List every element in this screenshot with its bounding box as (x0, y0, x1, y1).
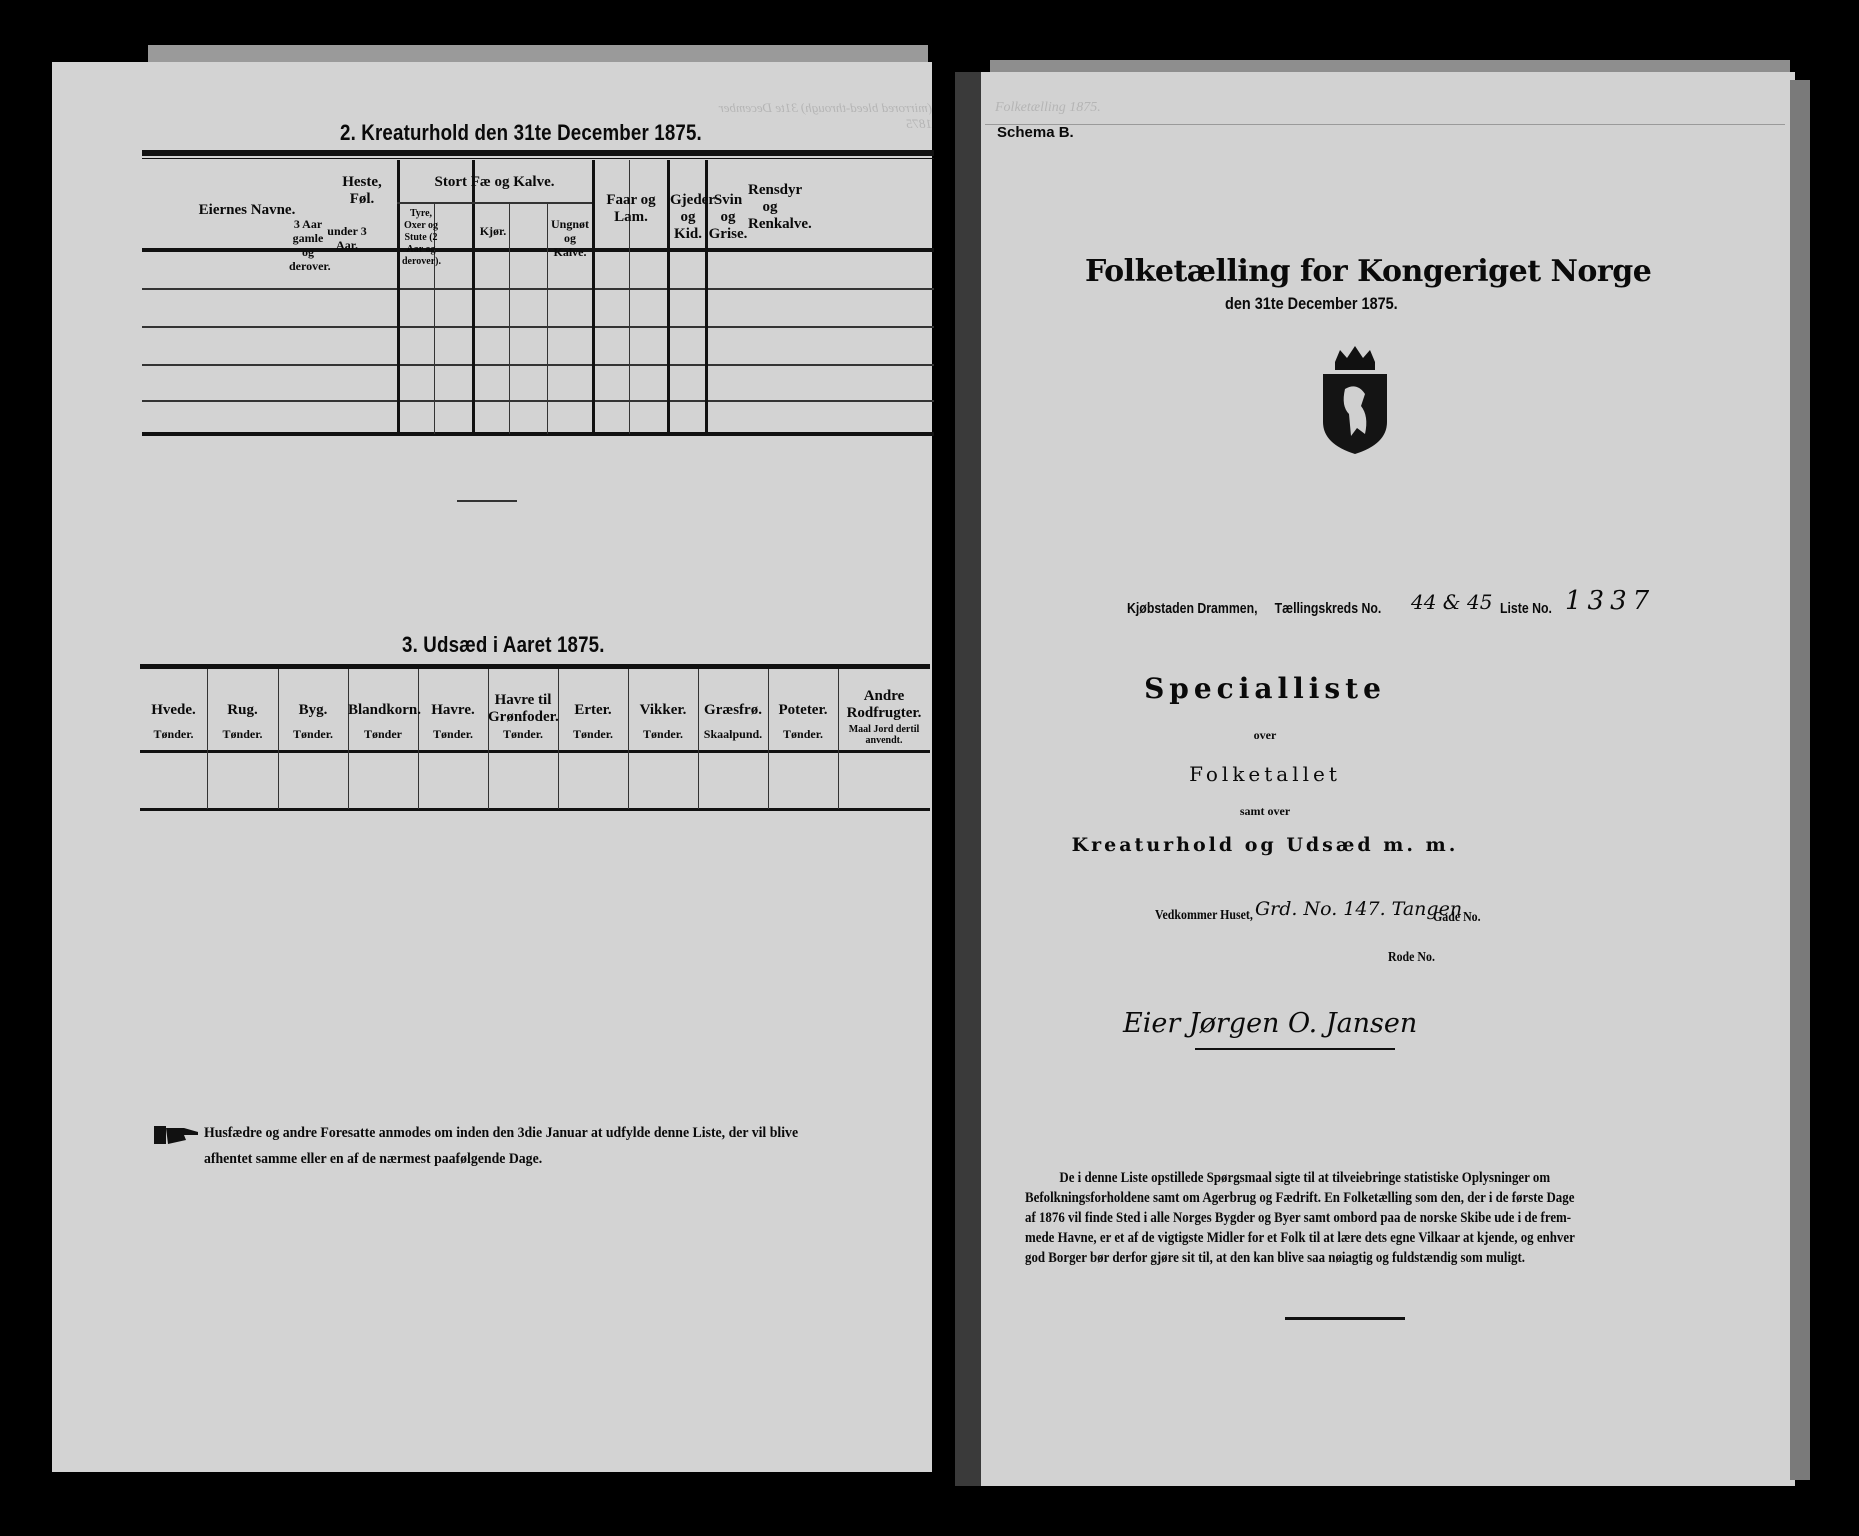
street-label: Gade No. (1433, 910, 1481, 926)
group-rule (397, 202, 592, 204)
unit-mixed-grain: Tønder (348, 727, 418, 742)
unit-green-fodder-oats: Tønder. (488, 727, 558, 742)
left-page: (mirrored bleed-through) 31te December 1… (52, 62, 932, 1472)
unit-barley: Tønder. (278, 727, 348, 742)
paragraph-line: De i denne Liste opstillede Spørgsmaal s… (1025, 1168, 1730, 1188)
notice-line-1: Husfædre og andre Foresatte anmodes om i… (204, 1120, 866, 1146)
district-number: 44 & 45 (1411, 590, 1492, 614)
right-page-binding (955, 72, 981, 1486)
col-header-goats: Gjeder og Kid. (670, 192, 706, 243)
col-header-vetch: Vikker. (628, 702, 698, 719)
unit-oats: Tønder. (418, 727, 488, 742)
pointing-hand-icon (154, 1122, 200, 1148)
row-rule (142, 326, 934, 328)
col-header-mixed-grain: Blandkorn. (348, 702, 418, 719)
col-header-green-fodder-oats: Havre til Grønfoder. (488, 692, 558, 726)
col-header-sheep: Faar og Lam. (595, 192, 667, 226)
col-header-potatoes: Poteter. (768, 702, 838, 719)
table-top-rule (140, 664, 930, 669)
section2-title: 2. Kreaturhold den 31te December 1875. (340, 120, 702, 146)
main-title: Folketælling for Kongeriget Norge (1085, 254, 1651, 289)
col-header-pigs: Svin og Grise. (708, 192, 748, 243)
info-paragraph: De i denne Liste opstillede Spørgsmaal s… (1025, 1168, 1730, 1268)
unit-rye: Tønder. (207, 727, 278, 742)
col-header-barley: Byg. (278, 702, 348, 719)
faint-rule (985, 124, 1785, 125)
signature-underline (1195, 1048, 1395, 1050)
table-bottom-rule (140, 808, 930, 811)
list-label: Liste No. (1500, 600, 1552, 617)
district-label: Tællingskreds No. (1275, 600, 1382, 617)
col-header-peas: Erter. (558, 702, 628, 719)
heading-specialliste: Specialliste (955, 672, 1575, 705)
norwegian-coat-of-arms-icon (1315, 344, 1395, 456)
col-header-wheat: Hvede. (140, 702, 207, 719)
col-header-cattle-group: Stort Fæ og Kalve. (402, 174, 587, 191)
house-handwritten-value: Grd. No. 147. Tangen (1255, 898, 1462, 920)
closing-rule (1285, 1317, 1405, 1320)
header-bottom-rule (140, 750, 930, 753)
bleed-through-text: (mirrored bleed-through) 31te December 1… (692, 100, 932, 132)
table-top-rule-thin (142, 158, 934, 159)
col-header-cattle-cows: Kjør. (477, 224, 509, 238)
col-header-cattle-bulls: Tyre, Oxer og Stute (2 Aar og derover). (402, 208, 440, 268)
col-header-cattle-young: Ungnøt og Kalve. (549, 217, 591, 259)
row-rule (142, 288, 934, 290)
right-page: Folketælling 1875. Schema B. Folketællin… (955, 72, 1795, 1486)
paragraph-line: Befolkningsforholdene samt om Agerbrug o… (1025, 1188, 1730, 1208)
col-divider (509, 202, 510, 434)
heading-kreaturhold: Kreaturhold og Udsæd m. m. (955, 834, 1575, 856)
text-over: over (955, 728, 1575, 743)
col-header-horses-old: 3 Aar gamle og derover. (289, 217, 327, 273)
bleed-through-text: Folketælling 1875. (995, 100, 1101, 116)
unit-vetch: Tønder. (628, 727, 698, 742)
schema-label: Schema B. (997, 124, 1074, 141)
census-date: den 31te December 1875. (1225, 294, 1398, 314)
col-header-grass-seed: Græsfrø. (698, 702, 768, 719)
town-label: Kjøbstaden Drammen, (1127, 600, 1258, 617)
unit-potatoes: Tønder. (768, 727, 838, 742)
rode-label: Rode No. (1388, 950, 1435, 966)
paragraph-line: af 1876 vil finde Sted i alle Norges Byg… (1025, 1208, 1730, 1228)
row-rule (142, 364, 934, 366)
unit-wheat: Tønder. (140, 727, 207, 742)
paragraph-line: mede Havne, er et af de vigtigste Midler… (1025, 1228, 1730, 1248)
col-header-reindeer: Rensdyr og Renkalve. (748, 182, 792, 233)
paragraph-line: god Borger bør derfor gjøre sit til, at … (1025, 1248, 1730, 1268)
col-header-horses-young: under 3 Aar. (327, 224, 367, 252)
header-bottom-rule (142, 248, 934, 252)
col-divider (547, 202, 548, 434)
owner-signature: Eier Jørgen O. Jansen (1123, 1008, 1417, 1039)
unit-peas: Tønder. (558, 727, 628, 742)
list-number: 1337 (1565, 586, 1655, 616)
table-top-rule (142, 150, 934, 156)
col-header-oats: Havre. (418, 702, 488, 719)
location-line: Kjøbstaden Drammen, Tællingskreds No. (1127, 600, 1381, 617)
heading-folketallet: Folketallet (955, 762, 1575, 786)
separator (457, 500, 517, 502)
notice-text: Husfædre og andre Foresatte anmodes om i… (204, 1120, 866, 1172)
section3-title: 3. Udsæd i Aaret 1875. (402, 632, 605, 658)
text-samt-over: samt over (955, 804, 1575, 819)
house-label: Vedkommer Huset, (1155, 908, 1253, 924)
notice-line-2: afhentet samme eller en af de nærmest pa… (204, 1146, 866, 1172)
unit-other-roots: Maal Jord dertil anvendt. (838, 724, 930, 746)
col-header-other-roots: Andre Rodfrugter. (838, 688, 930, 722)
table-bottom-rule (142, 432, 934, 436)
right-page-outer-edge (1790, 80, 1810, 1480)
col-header-rye: Rug. (207, 702, 278, 719)
unit-grass-seed: Skaalpund. (698, 727, 768, 742)
col-header-horses-group: Heste, Føl. (332, 174, 392, 208)
row-rule (142, 400, 934, 402)
